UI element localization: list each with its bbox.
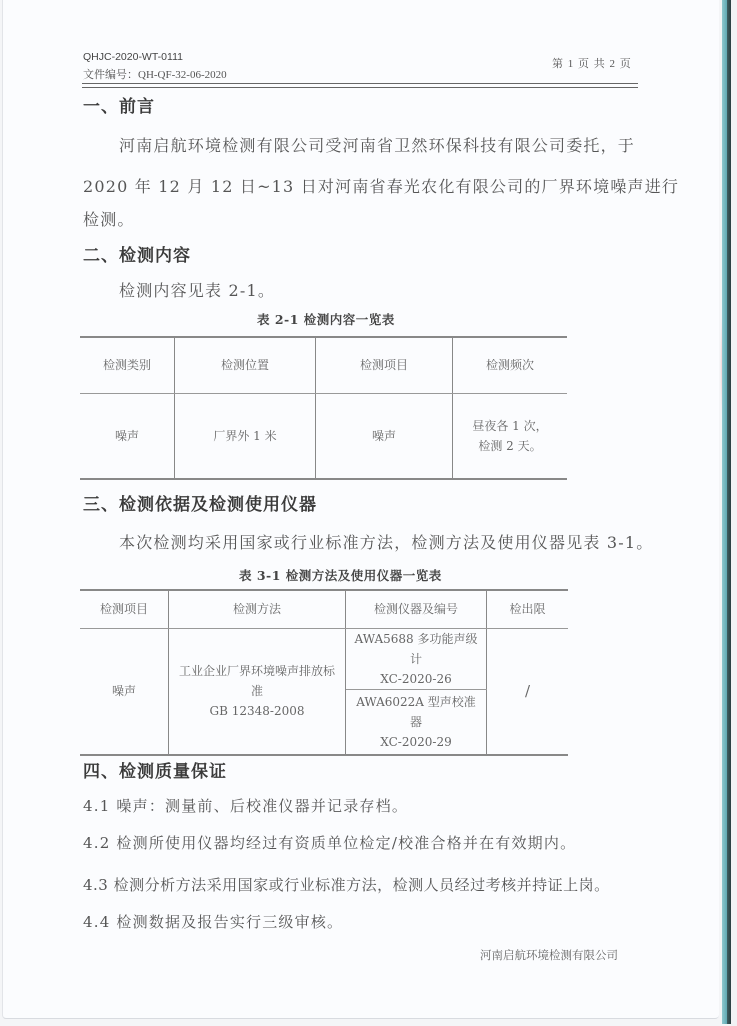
header-cell: 检测频次 <box>453 337 568 393</box>
section-title-content: 二、检测内容 <box>83 241 191 266</box>
table-row: 噪声 厂界外 1 米 噪声 昼夜各 1 次，检测 2 天。 <box>80 393 567 479</box>
cell-item: 噪声 <box>80 628 169 755</box>
header-cell: 检测类别 <box>80 337 175 393</box>
table-3-1-caption: 表 3-1 检测方法及使用仪器一览表 <box>239 566 442 584</box>
instrument-code: XC-2020-29 <box>352 732 480 752</box>
table-row: 噪声 工业企业厂界环境噪声排放标准 GB 12348-2008 AWA5688 … <box>80 628 568 689</box>
method-name: 工业企业厂界环境噪声排放标准 <box>175 661 339 701</box>
cell-location: 厂界外 1 米 <box>175 393 316 479</box>
header-cell: 检出限 <box>487 590 569 628</box>
header-cell: 检测方法 <box>169 590 346 628</box>
page-indicator: 第 1 页 共 2 页 <box>552 55 632 71</box>
method-code: GB 12348-2008 <box>175 701 339 721</box>
cell-category: 噪声 <box>80 393 175 479</box>
instrument-name: AWA5688 多功能声级计 <box>352 629 480 669</box>
file-number: 文件编号：QH-QF-32-06-2020 <box>83 66 227 82</box>
quality-item-3: 4.3 检测分析方法采用国家或行业标准方法，检测人员经过考核并持证上岗。 <box>83 874 610 895</box>
table-header-row: 检测类别 检测位置 检测项目 检测频次 <box>80 337 567 393</box>
section-title-basis: 三、检测依据及检测使用仪器 <box>83 490 317 515</box>
quality-item-2: 4.2 检测所使用仪器均经过有资质单位检定/校准合格并在有效期内。 <box>83 832 576 853</box>
preface-line-1: 河南启航环境检测有限公司受河南省卫然环保科技有限公司委托，于 <box>119 133 635 156</box>
table-2-1-caption: 表 2-1 检测内容一览表 <box>257 310 395 328</box>
table-3-1: 检测项目 检测方法 检测仪器及编号 检出限 噪声 工业企业厂界环境噪声排放标准 … <box>80 589 568 756</box>
report-number: QHJC-2020-WT-0111 <box>83 51 183 63</box>
cell-item: 噪声 <box>316 393 453 479</box>
content-intro: 检测内容见表 2-1。 <box>119 278 275 301</box>
instrument-code: XC-2020-26 <box>352 669 480 689</box>
table-header-row: 检测项目 检测方法 检测仪器及编号 检出限 <box>80 590 568 628</box>
section-title-preface: 一、前言 <box>83 92 155 117</box>
scan-margin <box>731 0 737 1026</box>
company-signature: 河南启航环境检测有限公司 <box>480 947 618 963</box>
cell-method: 工业企业厂界环境噪声排放标准 GB 12348-2008 <box>169 628 346 755</box>
header-cell: 检测位置 <box>175 337 316 393</box>
preface-line-3: 检测。 <box>83 207 135 230</box>
preface-line-2: 2020 年 12 月 12 日~13 日对河南省春光农化有限公司的厂界环境噪声… <box>83 174 679 197</box>
header-cell: 检测仪器及编号 <box>346 590 487 628</box>
basis-intro: 本次检测均采用国家或行业标准方法，检测方法及使用仪器见表 3-1。 <box>119 530 653 553</box>
header-double-rule <box>82 83 638 88</box>
header-cell: 检测项目 <box>80 590 169 628</box>
header-cell: 检测项目 <box>316 337 453 393</box>
cell-frequency: 昼夜各 1 次，检测 2 天。 <box>453 393 568 479</box>
section-title-quality: 四、检测质量保证 <box>83 757 227 782</box>
instrument-name: AWA6022A 型声校准器 <box>352 692 480 732</box>
cell-detection-limit: / <box>487 628 569 755</box>
cell-instrument-1: AWA5688 多功能声级计 XC-2020-26 <box>346 628 487 689</box>
cell-instrument-2: AWA6022A 型声校准器 XC-2020-29 <box>346 689 487 755</box>
table-2-1: 检测类别 检测位置 检测项目 检测频次 噪声 厂界外 1 米 噪声 昼夜各 1 … <box>80 336 567 480</box>
quality-item-4: 4.4 检测数据及报告实行三级审核。 <box>83 911 343 932</box>
quality-item-1: 4.1 噪声：测量前、后校准仪器并记录存档。 <box>83 795 408 816</box>
